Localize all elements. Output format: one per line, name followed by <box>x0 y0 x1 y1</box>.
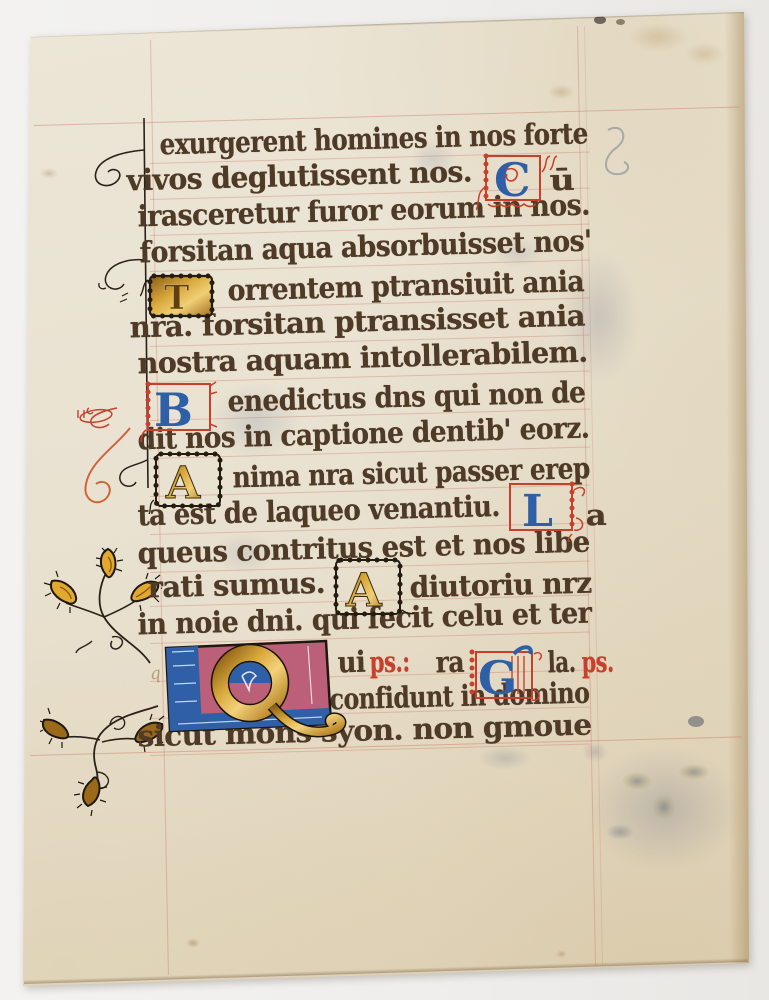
initial-B: B <box>134 378 226 442</box>
initial-L: L <box>502 476 598 542</box>
leaf-shadow: q exurgerent homines in nos fortevivos d… <box>0 0 769 1000</box>
svg-text:A: A <box>345 563 383 617</box>
gold-leaf-spray-lower <box>40 688 165 823</box>
stain <box>40 168 58 179</box>
leaf-bottom-edge <box>24 958 748 984</box>
svg-text:T: T <box>164 278 189 318</box>
initial-A-gold-1: A <box>148 446 232 514</box>
ink-speck <box>616 19 625 25</box>
manuscript-text-line: enedictus dns qui non de <box>227 382 579 417</box>
stain <box>548 84 574 100</box>
rubric-text-line: ps. <box>581 651 622 678</box>
manuscript-text-line: vivos deglutissent nos. <box>126 162 443 196</box>
svg-text:G: G <box>478 651 517 705</box>
sewing-nub <box>19 183 26 192</box>
svg-text:L: L <box>522 486 553 537</box>
ink-speck <box>318 20 328 26</box>
offset-leaf-ghost <box>678 764 710 780</box>
offset-smudge-large <box>588 748 740 870</box>
manuscript-text-line: ra <box>435 651 465 678</box>
photograph-background: q exurgerent homines in nos fortevivos d… <box>0 0 769 1000</box>
foxing-spot <box>556 950 567 958</box>
offset-leaf-ghost <box>652 794 676 820</box>
rubric-text-line: ps.: <box>369 651 419 678</box>
svg-text:A: A <box>165 458 201 509</box>
manuscript-leaf: q exurgerent homines in nos fortevivos d… <box>0 0 769 1000</box>
initial-T: T <box>140 266 224 326</box>
sewing-nub <box>20 94 27 103</box>
offset-leaf-ghost <box>606 824 634 840</box>
initial-G: G <box>462 642 558 708</box>
leaf-top-edge <box>29 11 747 38</box>
leaf-right-edge <box>724 10 751 966</box>
offset-leaf-ghost <box>688 716 704 727</box>
offset-leaf-ghost <box>622 772 652 790</box>
manuscript-text-line: rati sumus. <box>147 573 306 603</box>
offset-smudge <box>582 742 608 762</box>
svg-text:C: C <box>494 153 531 207</box>
offset-smudge <box>478 746 532 770</box>
svg-text:B: B <box>154 383 193 437</box>
initial-A-gold-2: A <box>328 552 414 622</box>
stain <box>628 22 688 52</box>
initial-C: C <box>476 148 562 214</box>
sewing-nub <box>17 476 24 485</box>
foxing-spot <box>186 938 200 948</box>
stain <box>684 42 724 66</box>
initial-Q-panel <box>158 636 354 748</box>
